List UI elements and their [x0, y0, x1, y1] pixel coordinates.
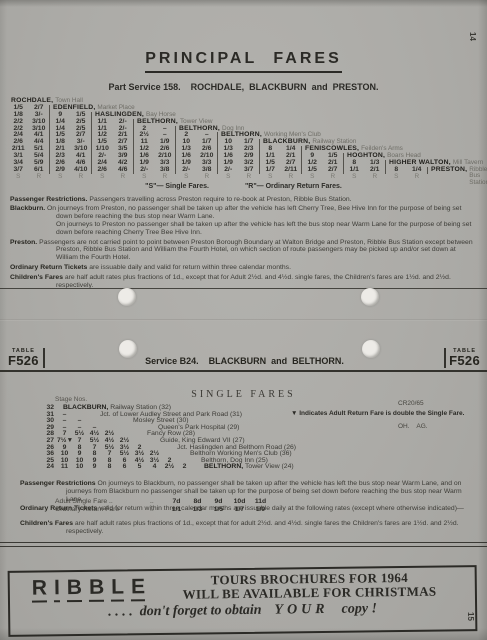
single-letter: S [134, 174, 155, 181]
station-name: PRESTON, [431, 167, 467, 174]
fare-value: 9 [87, 464, 102, 471]
slogan-your: YOUR [274, 602, 328, 618]
return-letter: R [155, 174, 176, 181]
single-letter: S [386, 174, 407, 181]
ribble-logo: RIBBLE [32, 576, 152, 602]
stage-number: 24 [38, 464, 57, 471]
fare-value: 7d [166, 498, 187, 506]
page-title: PRINCIPAL FARES [145, 50, 342, 73]
single-letter: S [50, 174, 71, 181]
note-paragraph: Passenger Restrictions. Passengers trave… [10, 196, 477, 204]
fare-value: 10 [72, 464, 87, 471]
fare-letters-row: SRSRSRSRSRSRSRSRSRSR [8, 174, 487, 181]
advert-top-row: RIBBLE TOURS BROCHURES FOR 1964 WILL BE … [18, 570, 467, 603]
stage-nos-label: Stage Nos. [55, 396, 87, 403]
page-number-top: 14 [468, 32, 477, 41]
adult-single-row: Adult Single Fare .. .. 7d8d9d10d11d [55, 498, 271, 506]
station-detail: Ribble Bus Station [469, 167, 487, 186]
dot-leader: .. [150, 498, 166, 506]
horizontal-rule [0, 288, 487, 289]
station-name: BELTHORN, Tower View (24) [204, 464, 294, 471]
note-lead: Ordinary Return Tickets [10, 264, 89, 271]
fare-value: 11d [250, 498, 271, 506]
paper-crease [0, 319, 487, 321]
advert-slogan: . . . . don't forget to obtain YOUR copy… [18, 600, 467, 621]
notes-service-158: Passenger Restrictions. Passengers trave… [10, 196, 477, 290]
return-letter: R [29, 174, 50, 181]
return-letter: R [281, 174, 302, 181]
page-title-wrap: PRINCIPAL FARES [0, 50, 487, 73]
fare-value: 2½ [162, 464, 177, 471]
ordinary-return-values: 1/11/31/51/71/9 [166, 506, 271, 514]
fare-pair: 2/-3/7 [218, 167, 260, 174]
punch-hole [361, 288, 379, 306]
fare-row: 241110986542½2BELTHORN, Tower View (24) [38, 464, 296, 471]
advert-headline: TOURS BROCHURES FOR 1964 WILL BE AVAILAB… [152, 570, 467, 602]
station-name-text: Tower View (24) [245, 463, 294, 470]
single-letter: S [176, 174, 197, 181]
note-lead: Children's Fares [10, 274, 65, 281]
ribble-logo-letter: B [89, 576, 104, 601]
adult-single-label: Adult Single Fare .. [55, 498, 150, 506]
fare-value: 11 [57, 464, 72, 471]
fares-table-158: ROCHDALE,Town Hall1/52/7EDENFIELD,Market… [8, 98, 487, 181]
fare-value: 1/3 [187, 506, 208, 514]
return-fare-scale: Adult Single Fare .. .. 7d8d9d10d11d Ord… [55, 498, 271, 514]
table-number: F526 [8, 354, 39, 367]
return-fare-tick-note: ▼ Indicates Adult Return Fare is double … [291, 410, 483, 417]
fare-value: 1/1 [166, 506, 187, 514]
fare-pair: 2/-3/8 [176, 167, 218, 174]
fare-pair: 3/76/1 [8, 167, 50, 174]
scanned-fares-page: 14 PRINCIPAL FARES Part Service 158. ROC… [0, 0, 487, 640]
note-paragraph: Blackburn. On journeys from Preston, no … [10, 205, 477, 236]
fare-value: 5 [132, 464, 147, 471]
single-fares-heading: SINGLE FARES [191, 389, 295, 400]
fare-value: 10d [229, 498, 250, 506]
fare-pair: SR [302, 174, 344, 181]
punch-hole [118, 288, 136, 306]
fare-pair: 81/4 [386, 167, 428, 174]
ribble-logo-letter: R [32, 577, 47, 602]
return-letter: R [113, 174, 134, 181]
fare-value: 1/5 [208, 506, 229, 514]
fare-value: 2 [177, 464, 192, 471]
return-letter: R [71, 174, 92, 181]
return-letter: R [323, 174, 344, 181]
return-letter: R [365, 174, 386, 181]
note-text: On journeys from Preston, no passenger s… [47, 205, 471, 235]
fare-pair: 1/72/11 [260, 167, 302, 174]
fare-pair: SR [92, 174, 134, 181]
table-number-box-right: TABLE F526 [444, 348, 484, 368]
fare-pair: 2/64/6 [92, 167, 134, 174]
page-number-bottom: 15 [466, 612, 475, 621]
fare-pair: SR [176, 174, 218, 181]
slogan-suffix: copy ! [335, 601, 378, 617]
fare-pair: SR [8, 174, 50, 181]
childrens-fares-note-b24: Children's Fares are half adult rates pl… [20, 520, 467, 538]
ribble-logo-letter: L [111, 576, 124, 601]
fare-value: 6 [117, 464, 132, 471]
return-letter: R [197, 174, 218, 181]
fare-pair: SR [260, 174, 302, 181]
note-lead: Children's Fares [20, 520, 75, 527]
legend-return: "R"— Ordinary Return Fares. [245, 183, 342, 190]
note-paragraph: Ordinary Return Tickets are issuable dai… [10, 264, 477, 272]
fare-pair: 2/94/10 [50, 167, 92, 174]
note-paragraph: Children's Fares are half adult rates pl… [20, 520, 467, 536]
station-name-bold: BELTHORN, [204, 463, 245, 470]
fare-pair: SR [344, 174, 386, 181]
note-text: are issuable daily and valid for return … [89, 264, 291, 271]
ribble-logo-letter: E [131, 576, 145, 601]
note-text: Passengers travelling across Preston req… [89, 196, 351, 203]
fare-value: 1/7 [229, 506, 250, 514]
single-letter: S [218, 174, 239, 181]
service-b24-title: Service B24. BLACKBURN and BELTHORN. [45, 356, 444, 368]
note-paragraph: Preston. Passengers are not carried poin… [10, 239, 477, 262]
fare-value: 8d [187, 498, 208, 506]
fare-value: 9d [208, 498, 229, 506]
ordinary-return-row: Ordinary Return Fare .. 1/11/31/51/71/9 [55, 506, 271, 514]
ribble-logo-letter: I [54, 577, 60, 602]
single-letter: S [92, 174, 113, 181]
table-f526-banner: TABLE F526 Service B24. BLACKBURN and BE… [0, 348, 487, 372]
ribble-logo-letter: B [67, 576, 82, 601]
fares-table-b24: 32BLACKBURN, Railway Station (32)31–Jct.… [38, 405, 296, 471]
return-letter: R [239, 174, 260, 181]
return-letter: R [407, 174, 428, 181]
fare-value: 1/9 [250, 506, 271, 514]
fare-pair: 1/52/7 [302, 167, 344, 174]
advert-line-2: WILL BE AVAILABLE FOR CHRISTMAS [152, 584, 467, 602]
fare-pair: 2/-3/8 [134, 167, 176, 174]
table-number-box-left: TABLE F526 [5, 348, 45, 368]
note-lead: Blackburn. [10, 205, 47, 212]
double-rule [0, 542, 487, 547]
fare-pair: SR [50, 174, 92, 181]
fare-pair: SR [386, 174, 428, 181]
ref-code-1: CR20/65 [398, 400, 428, 408]
dot-leader: .. [150, 506, 166, 514]
fare-pair: 1/12/1 [344, 167, 386, 174]
single-letter: S [260, 174, 281, 181]
note-lead: Passenger Restrictions. [10, 196, 89, 203]
fares-legend: "S"— Single Fares."R"— Ordinary Return F… [0, 183, 487, 190]
note-text: are half adult rates plus fractions of 1… [56, 274, 451, 289]
single-letter: S [344, 174, 365, 181]
fare-pair: SR [134, 174, 176, 181]
adult-single-values: 7d8d9d10d11d [166, 498, 271, 506]
fare-pair: SR [218, 174, 260, 181]
service-158-subtitle: Part Service 158. ROCHDALE, BLACKBURN an… [0, 82, 487, 92]
note-lead: Passenger Restrictions [20, 480, 97, 487]
fare-value: 4 [147, 464, 162, 471]
slogan-prefix: . . . . don't forget to obtain [108, 603, 268, 620]
ordinary-return-label: Ordinary Return Fare [55, 506, 150, 514]
legend-single: "S"— Single Fares. [145, 183, 209, 190]
note-text: Passengers are not carried point to poin… [39, 239, 473, 262]
note-lead: Preston. [10, 239, 39, 246]
table-number: F526 [449, 354, 480, 367]
ref-code-2: OH. AG. [398, 423, 428, 431]
single-letter: S [302, 174, 323, 181]
note-text: are half adult rates plus fractions of 1… [66, 520, 459, 535]
single-letter: S [8, 174, 29, 181]
fare-value: 8 [102, 464, 117, 471]
ribble-advert-box: RIBBLE TOURS BROCHURES FOR 1964 WILL BE … [8, 565, 478, 637]
